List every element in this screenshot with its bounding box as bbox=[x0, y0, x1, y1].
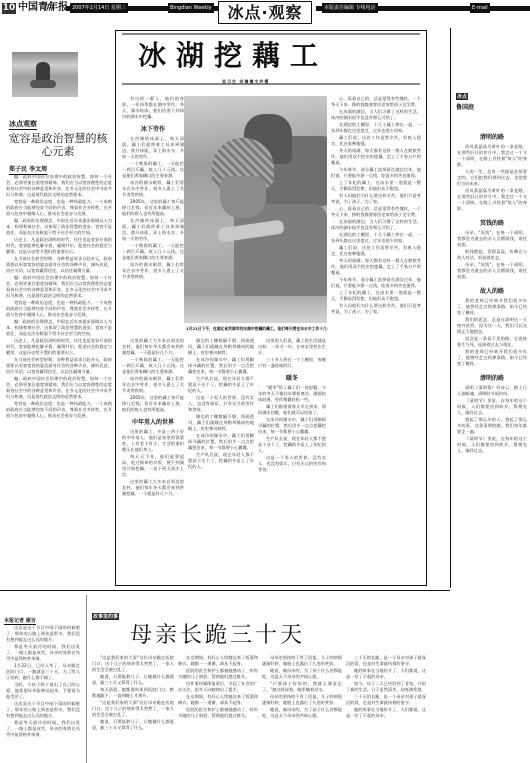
paragraph: "这是我们家的大事"这位母亲跪在医院门口，这个儿子的病来得太突然了，一家人的生活… bbox=[92, 700, 174, 718]
sidebar-divider bbox=[450, 28, 451, 588]
sidebar-body: 清明的路 西风萧瑟落尽黄叶的一条老路，在那些旧日的岁月中，我走过一个又一个清明，… bbox=[457, 126, 527, 586]
subheading: 中年男人的世界 bbox=[122, 417, 184, 426]
sidebar-subheading: 故人的路 bbox=[457, 286, 527, 295]
email-info: E-mail bbox=[470, 3, 490, 13]
paragraph: 那是冬天最冷的时候，我们出发了，一路上都是冰雪，母亲的身影在风雪中显得格外单薄。 bbox=[6, 720, 80, 738]
left-article-body: 编：政府中国社会治理中的政治智慧，如何一个社会，必须更加注重宽容精神，我们应当以… bbox=[6, 174, 112, 586]
issue-date: 2007年2月14日 星期三 bbox=[70, 3, 128, 13]
paragraph: 冬天的冰湖，每天都有这样一群人在默默劳作，他们用双手挖出的莲藕，走上了千家万户的… bbox=[331, 148, 421, 166]
bottom-column-3: 母亲的坚持终于有了回报，儿子的病情逐渐好转，她脸上也露出了久违的笑容。 她说，做… bbox=[262, 655, 342, 763]
paragraph: 冰冷的湖水刺骨，藕工们常年在水中劳作，很多人患上了关节炎等疾病。 bbox=[122, 376, 184, 394]
masthead: 10 中国青年报 //// 2007年2月14日 星期三 Bingdian We… bbox=[0, 0, 530, 26]
paragraph: 这里的藕工，多是三四十岁的中年男人，他们是家里的顶梁柱，上有老下有小，生活的重担… bbox=[122, 429, 184, 453]
main-byline: 实习生 刘倩倩文并摄 bbox=[222, 79, 269, 85]
paragraph: 这次是这个节目中刚下雨的时候吧了，那年的公路上到处是积水，我们没有想到能去这么远… bbox=[6, 701, 80, 719]
bottom-headline: 母亲长跪三十天 bbox=[130, 622, 305, 650]
paragraph: 宽容是一种政治态度，也是一种执政能力。一个成熟的政府应当能够包容不同的声音，尊重… bbox=[6, 199, 112, 217]
weekly-name: Bingdian Weekly bbox=[168, 3, 214, 13]
paragraph: 医院的医生和护士都被她感动了，纷纷为她的儿子捐款，帮助他们渡过难关。 bbox=[178, 707, 258, 719]
editor-info: 本版责任编辑 专线电话 bbox=[322, 3, 378, 13]
paper-name-logo: 中国青年报 bbox=[18, 2, 68, 14]
paragraph: 一个熟练的藕工，一天能挖一两百斤藕，收入几十元钱。这是他们养家糊口的主要来源。 bbox=[122, 243, 184, 261]
paragraph: 心，再看自己的，总是觉得有些愧疚，一个冬天下来，挣的钱都要寄回老家给孩子交学费。 bbox=[331, 96, 421, 108]
paragraph: "只要孩子好好的，我就心满意足了。"她这样说着，眼里噙着泪水。 bbox=[262, 681, 342, 693]
photo-caption: 1月21日下午，在湖北省洪湖市的冰湖中挖藕的藕工。他们每天要在冰水中工作十几个小… bbox=[186, 326, 328, 332]
paragraph: 我的老师已经离开我们很多年了，他曾经走过的那条路，如今已经变了模样。 bbox=[457, 298, 527, 316]
paragraph: 西风萧瑟落尽黄叶的一条老路，在那些旧日的岁月中，我走过一个又一个清明，在路上寻找… bbox=[457, 144, 527, 168]
paragraph: 在冰冷的湖水中，藕工们用脚探寻藕的位置，然后用手一点点把藕挖出来，每一节都要小心… bbox=[188, 433, 254, 451]
paragraph: 她的故事在当地传开了，人们都说，这是一位了不起的母亲。 bbox=[346, 707, 426, 719]
paragraph: 这是一个男人的世界，没有女人，也没有娱乐，只有无尽的劳作和等待。 bbox=[188, 395, 254, 413]
paragraph: 宽容是一种政治态度，也是一种执政能力。一个成熟的政府应当能够包容不同的声音，尊重… bbox=[6, 300, 112, 318]
paragraph: 人的一生，总有一些路是必须要走的。它们把我们带到过去，也把我们引向未来。 bbox=[457, 169, 527, 187]
paragraph: 编：政府中国社会治理中的政治智慧，如何一个社会，必须更加注重宽容精神，我们应当以… bbox=[6, 376, 112, 400]
paragraph: 清明《清明祭》有诗云：路上行人欲断魂，清明时节雨纷纷。 bbox=[457, 385, 527, 397]
paragraph: 藕工们说，这份工作虽然辛苦，但收入稳定，比在家种地强。 bbox=[331, 245, 421, 257]
paragraph: 在湖边的工棚里，十几个藕工挤在一起，一年到头都在这里度过，过年也很少回家。 bbox=[331, 232, 421, 244]
bottom-column-2: 在这期间，有好心人给她送来了饭菜和棉衣，她都一一道谢，却从不起身。 医院的医生和… bbox=[178, 655, 258, 763]
paragraph: 在湖边的工棚里，十几个藕工挤在一起，一年到头都在这里度过，过年也很少回家。 bbox=[331, 122, 421, 134]
paragraph: 在冰面的湖边，当人们习惯了这样的生活，冰冷的湖水似乎也没有那么可怕了。 bbox=[331, 109, 421, 121]
bottom-divider bbox=[0, 590, 450, 591]
paragraph: 生产队长说，现在年轻人都不愿意干这个了，挖藕的多是上了年纪的人。 bbox=[188, 376, 254, 394]
main-column-4: 心，再看自己的，总是觉得有些愧疚，一个冬天下来，挣的钱都要寄回老家给孩子交学费。… bbox=[331, 96, 421, 584]
bottom-kicker: 故事里的事 bbox=[92, 613, 119, 620]
main-column-1: 有这样一群人，他们的身影，一年四季都在湖中劳作。冬天，湖水结冰，他们仍要下到冰冷… bbox=[122, 96, 184, 321]
paragraph: 每天清晨，她都准时来到医院门口，默默地跪下，一直到晚上才离开。 bbox=[92, 687, 174, 699]
paragraph: 在冰冷的湖水中，藕工们用脚探寻藕的位置，然后用手一点点把藕挖出来，每一节都要小心… bbox=[188, 357, 254, 375]
paragraph: 藕工们盼望着春天早点到来，那时湖水回暖，他们就可以回家了。 bbox=[258, 404, 326, 416]
paragraph: 母亲的坚持终于有了回报，儿子的病情逐渐好转，她脸上也露出了久违的笑容。 bbox=[262, 655, 342, 667]
paragraph: 三十天的长跪，是一个母亲对孩子最深沉的爱，也是对生命最执着的坚守。 bbox=[346, 694, 426, 706]
paragraph: 在当前社会转型时期，各种利益诉求日趋多元，政府需要以更加宽容的姿态面对社会的各种… bbox=[6, 357, 112, 375]
paragraph: 上了年纪的藕工，在冰水里一泡就是一整天，手脚冻得发紫，但他们从不抱怨。 bbox=[331, 180, 421, 192]
paragraph: 生产队长说，现在年轻人都不愿意干这个了，挖藕的多是上了年纪的人。 bbox=[188, 452, 254, 470]
bottom-column-4: 三十天的长跪，是一个母亲对孩子最深沉的爱，也是对生命最执着的坚守。 她的故事在当… bbox=[346, 655, 426, 763]
paragraph: 湖边的工棚简陋不堪，四面透风，藕工们就睡在用稻草铺成的地铺上，夜里寒风刺骨。 bbox=[188, 338, 254, 356]
paragraph: 想起了那么多的人，想起了那么多的事，这条清明的路，我们每年都要走一遍。 bbox=[457, 417, 527, 435]
paragraph: 她说，只要能救儿子，让她做什么都愿意，跪三十天又算得了什么。 bbox=[92, 674, 174, 686]
page-number: 10 bbox=[2, 3, 16, 14]
paragraph: 冰冷的湖水刺骨，藕工们常年在水中劳作，很多人患上了关节炎等疾病。 bbox=[122, 180, 184, 198]
paragraph: 今年春节，部分藕工选择留在湖边过年，他们说，只要能多挣一点钱，吃再多的苦也值得。 bbox=[331, 167, 421, 179]
paragraph: 《清明节》里说，在每年的这个时候，人们都要回到故乡，祭奠先人，缅怀过去。 bbox=[457, 398, 527, 416]
paragraph: 在这期间，有好心人给她送来了饭菜和棉衣，她都一一道谢，却从不起身。 bbox=[178, 694, 258, 706]
paragraph: 在洪湖的冰面上，每天清晨，藕工们就带着工具来到湖边，凿开冰面，穿上防水衣，开始一… bbox=[122, 136, 184, 160]
photo-worker-body bbox=[234, 204, 327, 304]
paragraph: 生产队长说，现在年轻人都不愿意干这个了，挖藕的多是上了年纪的人。 bbox=[258, 436, 326, 454]
paragraph: 编：政府的治理理念，中国在近年来逐步强调以人为本、构建和谐社会，这体现了政治智慧… bbox=[6, 218, 112, 236]
main-column-3: 这里的人们说，藕工的生活就是这样，一年又一年，在冰水里挖出生计。 三十多人挤在一… bbox=[258, 338, 326, 584]
photo-worker-face bbox=[220, 176, 266, 218]
left-photo bbox=[12, 52, 78, 97]
paragraph: 编：政府中国社会治理中的政治智慧，如何一个社会，必须更加注重宽容精神，我们应当以… bbox=[6, 174, 112, 198]
paragraph: 历史上，凡是政治清明的时代，往往也是宽容开放的时代。宽容能够化解矛盾，凝聚共识，… bbox=[6, 338, 112, 356]
sidebar-author: 鲁国庭 bbox=[456, 102, 474, 111]
paragraph: 这里的藕工大多来自周边的农村，他们每年冬天都会来到洪湖挖藕，一干就是好几个月。 bbox=[122, 479, 184, 497]
left-kicker: 冰点观察 bbox=[9, 119, 37, 130]
paragraph: 三十多人挤在一个工棚里，夜晚只有一盏昏暗的灯。 bbox=[258, 357, 326, 369]
paragraph: 我的老师已经离开我们很多年了，他曾经走过的那条路，如今已经变了模样。 bbox=[457, 349, 527, 367]
bottom-column-divider bbox=[86, 595, 87, 763]
paragraph: 2005年，这里的藕工每斤能挣几毛钱，但近年来藕价上涨，他们的收入也有所提高。 bbox=[122, 199, 184, 217]
main-column-2: 湖边的工棚简陋不堪，四面透风，藕工们就睡在用稻草铺成的地铺上，夜里寒风刺骨。 在… bbox=[188, 338, 254, 584]
main-photo-lotus-workers bbox=[184, 96, 327, 323]
paragraph: 她说，只要能救儿子，让她做什么都愿意，跪三十天又算得了什么。 bbox=[92, 719, 174, 731]
sidebar-subheading: 清明的路 bbox=[457, 132, 527, 141]
paragraph: 今年春节，部分藕工选择留在湖边过年，他们说，只要能多挣一点钱，吃再多的苦也值得。 bbox=[331, 277, 421, 289]
paragraph: 西风萧瑟落尽黄叶的一条老路，在那些旧日的岁月中，我走过一个又一个清明，在路上寻找… bbox=[457, 188, 527, 212]
paragraph: 在洪湖的冰面上，每天清晨，藕工们就带着工具来到湖边，凿开冰面，穿上防水衣，开始一… bbox=[122, 218, 184, 242]
paragraph: 湖边的工棚简陋不堪，四面透风，藕工们就睡在用稻草铺成的地铺上，夜里寒风刺骨。 bbox=[188, 414, 254, 432]
paragraph: 她的故事在当地传开了，人们都说，这是一位了不起的母亲。 bbox=[346, 668, 426, 680]
paragraph: 心，再看自己的，总是觉得有些愧疚，一个冬天下来，挣的钱都要寄回老家给孩子交学费。 bbox=[331, 206, 421, 218]
sidebar-subheading: 清明的路 bbox=[457, 373, 527, 382]
paragraph: 这里的藕工大多来自周边的农村，他们每年冬天都会来到洪湖挖藕，一干就是好几个月。 bbox=[122, 338, 184, 356]
paragraph: 母亲，"冥钱"，在每一个清明，我都会为逝去的亲人点燃纸钱，寄托哀思。 bbox=[457, 262, 527, 280]
paragraph: 母亲，"冥钱"，在每一个清明，我都会为逝去的亲人点燃纸钱，寄托哀思。 bbox=[457, 230, 527, 248]
subheading: 冰下劳作 bbox=[122, 124, 184, 133]
sidebar-subheading: 冥钱的路 bbox=[457, 218, 527, 227]
paragraph: 历史上，凡是政治清明的时代，往往也是宽容开放的时代。宽容能够化解矛盾，凝聚共识，… bbox=[6, 237, 112, 255]
section-title: 冰点·观察 bbox=[218, 1, 312, 24]
main-column-1-lower: 这里的藕工大多来自周边的农村，他们每年冬天都会来到洪湖挖藕，一干就是好几个月。 … bbox=[122, 338, 184, 584]
paragraph: 1月22日，已经入冬了，母亲跪在医院门口，一跪就是三十天，为了给儿子治病，她什么… bbox=[6, 663, 80, 681]
paragraph: 我们的思念，总是在清明这一天格外浓烈，因为这一天，我们可以光明正大地想念。 bbox=[457, 317, 527, 335]
paragraph: 2005年，这里的藕工每斤能挣几毛钱，但近年来藕价上涨，他们的收入也有所提高。 bbox=[122, 395, 184, 413]
paragraph: 在冰冷的湖水中，藕工们用脚探寻藕的位置，然后用手一点点把藕挖出来，每一节都要小心… bbox=[258, 417, 326, 435]
paragraph: 编：政府中国社会治理中的政治智慧，如何一个社会，必须更加注重宽容精神，我们应当以… bbox=[6, 275, 112, 299]
bottom-column-1: "这是我们家的大事"这位母亲跪在医院门口，这个儿子的病来得太突然了，一家人的生活… bbox=[92, 655, 174, 763]
bottom-left-byline: 本报记者 谢言 bbox=[4, 617, 36, 625]
left-headline: 宽容是政治智慧的核心元素 bbox=[6, 132, 110, 158]
paragraph: 这是一个男人的世界，没有女人，也没有娱乐，只有无尽的劳作和等待。 bbox=[258, 455, 326, 473]
paragraph: 藕工们说，这份工作虽然辛苦，但收入稳定，比在家种地强。 bbox=[331, 135, 421, 147]
paragraph: 她说，做母亲的，为了孩子什么苦都能吃，这是天下母亲的共同心愿。 bbox=[262, 668, 342, 680]
paragraph: 她说，做母亲的，为了孩子什么苦都能吃，这是天下母亲的共同心愿。 bbox=[262, 707, 342, 719]
photo-figure-base bbox=[30, 80, 56, 88]
paragraph: 冰冷的湖水刺骨，藕工们常年在水中劳作，很多人患上了关节炎等疾病。 bbox=[122, 262, 184, 280]
paragraph: 有人问他们为什么要这样辛苦，他们只是笑笑说，为了孩子，为了家。 bbox=[331, 303, 421, 315]
paragraph: "这是我们家的大事"这位母亲跪在医院门口，这个儿子的病来得太突然了，一家人的生活… bbox=[92, 655, 174, 673]
paragraph: 有这样一群人，他们的身影，一年四季都在湖中劳作。冬天，湖水结冰，他们仍要下到冰冷… bbox=[122, 96, 184, 120]
subheading: 暖冬 bbox=[258, 373, 326, 382]
paragraph: 这次是这个节目中刚下雨的时候吧了，那年的公路上到处是积水，我们没有想到能去这么远… bbox=[6, 625, 80, 643]
bottom-left-body: 这次是这个节目中刚下雨的时候吧了，那年的公路上到处是积水，我们没有想到能去这么远… bbox=[6, 625, 80, 763]
paragraph: 每天天不亮，他们就要起床，吃过简单的早饭，便下到湖里开始挖藕，一直干到天黑才上岸… bbox=[122, 454, 184, 478]
main-headline: 冰湖挖藕工 bbox=[138, 39, 328, 73]
paragraph: "暖冬"给了藕工们一丝慰藉，今年的冬天不像往年那样寒冷，湖面结冰较薄，劳作稍微轻… bbox=[258, 385, 326, 403]
paragraph: 三十天的长跪，是一个母亲对孩子最深沉的爱，也是对生命最执着的坚守。 bbox=[346, 655, 426, 667]
photo-ice bbox=[184, 296, 327, 323]
paragraph: 在当前社会转型时期，各种利益诉求日趋多元，政府需要以更加宽容的姿态面对社会的各种… bbox=[6, 256, 112, 274]
paragraph: 这件事经媒体报道后，引起了社会的广泛关注，很多人向她伸出了援手。 bbox=[178, 681, 258, 693]
paragraph: 《清明节》里说，在每年的这个时候，人们都要回到故乡，祭奠先人，缅怀过去。 bbox=[457, 436, 527, 454]
paragraph: 如今，母子二人已经回到了老家，开始了新的生活，日子虽然清苦，却充满希望。 bbox=[346, 681, 426, 693]
paragraph: 有人问他们为什么要这样辛苦，他们只是笑笑说，为了孩子，为了家。 bbox=[331, 193, 421, 205]
paragraph: 纸钱燃起，青烟袅袅，仿佛在与故人对话，诉说着思念。 bbox=[457, 249, 527, 261]
paragraph: 这里的人们说，藕工的生活就是这样，一年又一年，在冰水里挖出生计。 bbox=[258, 338, 326, 356]
paragraph: 那是冬天最冷的时候，我们出发了，一路上都是冰雪，母亲的身影在风雪中显得格外单薄。 bbox=[6, 644, 80, 662]
paragraph: 上了年纪的藕工，在冰水里一泡就是一整天，手脚冻得发紫，但他们从不抱怨。 bbox=[331, 290, 421, 302]
paragraph: 一个熟练的藕工，一天能挖一两百斤藕，收入几十元钱。这是他们养家糊口的主要来源。 bbox=[122, 161, 184, 179]
decorative-slashes: //// bbox=[44, 2, 53, 14]
paragraph: 冬天的冰湖，每天都有这样一群人在默默劳作，他们用双手挖出的莲藕，走上了千家万户的… bbox=[331, 258, 421, 276]
sidebar-kicker: 冰点 bbox=[456, 93, 468, 100]
paragraph: 当时，小伙子终于说出了自己的心愿，他希望母亲能够站起来，不要再为他受苦了。 bbox=[6, 682, 80, 700]
paragraph: 在这期间，有好心人给她送来了饭菜和棉衣，她都一一道谢，却从不起身。 bbox=[178, 655, 258, 667]
paragraph: 一个熟练的藕工，一天能挖一两百斤藕，收入几十元钱。这是他们养家糊口的主要来源。 bbox=[122, 357, 184, 375]
paragraph: 思念是一条看不见的路，它连接着生与死，连接着过去与现在。 bbox=[457, 336, 527, 348]
paragraph: 医院的医生和护士都被她感动了，纷纷为她的儿子捐款，帮助他们渡过难关。 bbox=[178, 668, 258, 680]
paragraph: 在冰面的湖边，当人们习惯了这样的生活，冰冷的湖水似乎也没有那么可怕了。 bbox=[331, 219, 421, 231]
paragraph: 编：政府的治理理念，中国在近年来逐步强调以人为本、构建和谐社会，这体现了政治智慧… bbox=[6, 319, 112, 337]
paragraph: 宽容是一种政治态度，也是一种执政能力。一个成熟的政府应当能够包容不同的声音，尊重… bbox=[6, 401, 112, 419]
paragraph: 母亲的坚持终于有了回报，儿子的病情逐渐好转，她脸上也露出了久违的笑容。 bbox=[262, 694, 342, 706]
